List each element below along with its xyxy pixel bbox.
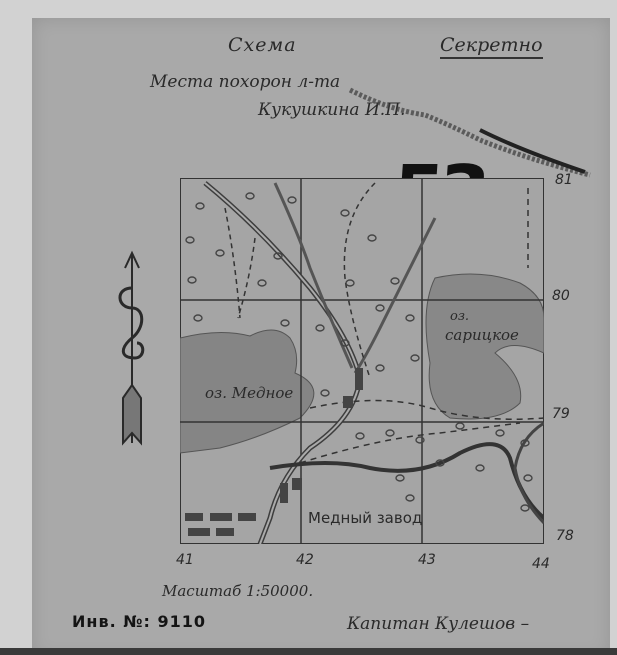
scale-label: Масштаб 1:50000. <box>162 582 313 600</box>
grid-y-label-79: 79 <box>552 406 570 422</box>
signature: Капитан Кулешов – <box>347 614 529 634</box>
lake-saritskoe-label: сарицкое <box>445 326 519 344</box>
grid-y-label-81: 81 <box>555 172 573 188</box>
svg-text:оз.: оз. <box>450 309 469 324</box>
classification-label: Секретно <box>440 34 543 59</box>
grid-x-label-43: 43 <box>418 552 436 568</box>
title-line-2: Места похорон л-та <box>150 72 340 92</box>
sketch-map: оз. Медное оз. сарицкое Медный завод <box>180 178 544 544</box>
grid-x-label-42: 42 <box>296 552 314 568</box>
grid-y-label-80: 80 <box>552 288 570 304</box>
settlement-label: Медный завод <box>308 509 422 527</box>
lake-medny-label: оз. Медное <box>205 384 293 402</box>
north-arrow-icon <box>105 248 155 448</box>
grid-x-label-44: 44 <box>532 556 550 572</box>
inventory-number: Инв. №: 9110 <box>72 612 206 631</box>
title-line-1: Схема <box>228 34 297 56</box>
grid-y-label-78: 78 <box>556 528 574 544</box>
scan-edge <box>0 648 617 655</box>
grid-x-label-41: 41 <box>176 552 194 568</box>
